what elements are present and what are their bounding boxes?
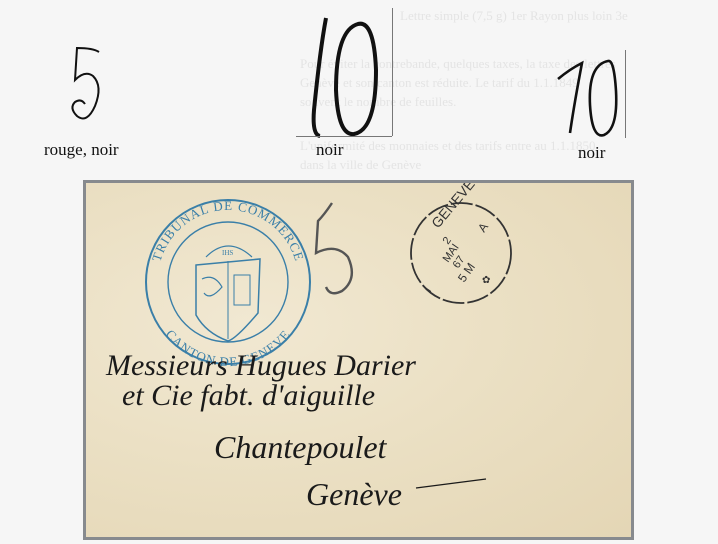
background-text-line: L'uniformité des monnaies et des tarifs … bbox=[300, 138, 595, 154]
marking-sample-5 bbox=[55, 40, 115, 135]
numeral-10-large-glyph bbox=[296, 10, 396, 138]
svg-text:A: A bbox=[475, 220, 491, 235]
address-line: et Cie fabt. d'aiguille bbox=[122, 379, 375, 412]
svg-text:GENEVE: GENEVE bbox=[428, 183, 478, 231]
baseline-line bbox=[296, 136, 392, 137]
cover-artwork: TRIBUNAL DE COMMERCE CANTON DE GENEVE IH… bbox=[86, 183, 631, 537]
marking-sample-10-large bbox=[296, 10, 396, 138]
divider-line bbox=[625, 50, 626, 138]
numeral-10-glyph bbox=[556, 55, 626, 140]
geneve-postmark: GENEVE 2 MAI 67 5 M A I ✿ bbox=[411, 183, 511, 303]
marking-sample-10 bbox=[556, 55, 626, 140]
postal-cover: TRIBUNAL DE COMMERCE CANTON DE GENEVE IH… bbox=[83, 180, 634, 540]
address-line: Chantepoulet bbox=[214, 429, 388, 465]
address-line: Genève bbox=[306, 476, 402, 512]
address-line: Messieurs Hugues Darier bbox=[105, 349, 416, 382]
background-text-line: Lettre simple (7,5 g) 1er Rayon plus loi… bbox=[400, 8, 628, 24]
marking-color-label: rouge, noir bbox=[44, 140, 119, 160]
svg-text:I: I bbox=[421, 284, 434, 295]
svg-text:IHS: IHS bbox=[222, 249, 233, 257]
svg-text:✿: ✿ bbox=[482, 275, 490, 286]
marking-color-label: noir bbox=[578, 143, 605, 163]
divider-line bbox=[392, 8, 393, 136]
numeral-5-glyph bbox=[55, 40, 115, 135]
marking-color-label: noir bbox=[316, 140, 343, 160]
handstamp-numeral-5 bbox=[316, 203, 352, 293]
